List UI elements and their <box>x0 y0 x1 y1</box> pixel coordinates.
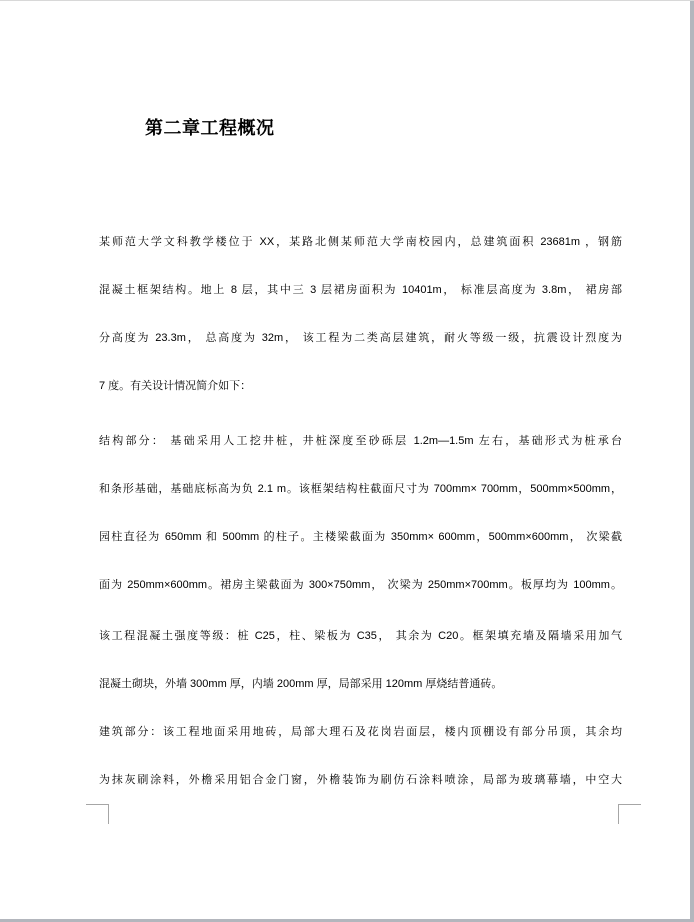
text-line: 7 度。有关设计情况简介如下： <box>99 362 622 410</box>
paragraph: 某师范大学文科教学楼位于 XX，某路北侧某师范大学南校园内，总建筑面积 2368… <box>99 218 622 410</box>
text-boundary-mark-left <box>86 804 109 824</box>
text-line: 和条形基础，基础底标高为负 2.1 m。该框架结构柱截面尺寸为 700mm× 7… <box>99 465 622 513</box>
text-line: 结构部分： 基础采用人工挖井桩，井桩深度至砂砾层 1.2m—1.5m 左右，基础… <box>99 417 622 465</box>
paragraph: 该工程混凝土强度等级：桩 C25，柱、梁板为 C35， 其余为 C20。框架填充… <box>99 612 622 708</box>
document-body: 某师范大学文科教学楼位于 XX，某路北侧某师范大学南校园内，总建筑面积 2368… <box>99 218 622 804</box>
text-line: 分高度为 23.3m， 总高度为 32m， 该工程为二类高层建筑，耐火等级一级，… <box>99 314 622 362</box>
chapter-title: 第二章工程概况 <box>145 113 275 143</box>
text-line: 面为 250mm×600mm。裙房主梁截面为 300×750mm， 次梁为 25… <box>99 561 622 609</box>
text-line: 混凝土框架结构。地上 8 层，其中三 3 层裙房面积为 10401m， 标准层高… <box>99 266 622 314</box>
text-line: 建筑部分：该工程地面采用地砖，局部大理石及花岗岩面层，楼内顶棚设有部分吊顶，其余… <box>99 708 622 756</box>
text-line: 园柱直径为 650mm 和 500mm 的柱子。主楼梁截面为 350mm× 60… <box>99 513 622 561</box>
paragraph: 建筑部分：该工程地面采用地砖，局部大理石及花岗岩面层，楼内顶棚设有部分吊顶，其余… <box>99 708 622 804</box>
text-line: 为抹灰刷涂料，外檐采用铝合金门窗，外檐装饰为刷仿石涂料喷涂，局部为玻璃幕墙，中空… <box>99 756 622 804</box>
text-boundary-mark-right <box>618 804 641 824</box>
paragraph: 结构部分： 基础采用人工挖井桩，井桩深度至砂砾层 1.2m—1.5m 左右，基础… <box>99 417 622 609</box>
page-edge-right <box>690 1 694 922</box>
document-page: 第二章工程概况 某师范大学文科教学楼位于 XX，某路北侧某师范大学南校园内，总建… <box>0 0 694 922</box>
text-line: 混凝土砌块，外墙 300mm 厚，内墙 200mm 厚，局部采用 120mm 厚… <box>99 660 622 708</box>
text-line: 某师范大学文科教学楼位于 XX，某路北侧某师范大学南校园内，总建筑面积 2368… <box>99 218 622 266</box>
text-line: 该工程混凝土强度等级：桩 C25，柱、梁板为 C35， 其余为 C20。框架填充… <box>99 612 622 660</box>
